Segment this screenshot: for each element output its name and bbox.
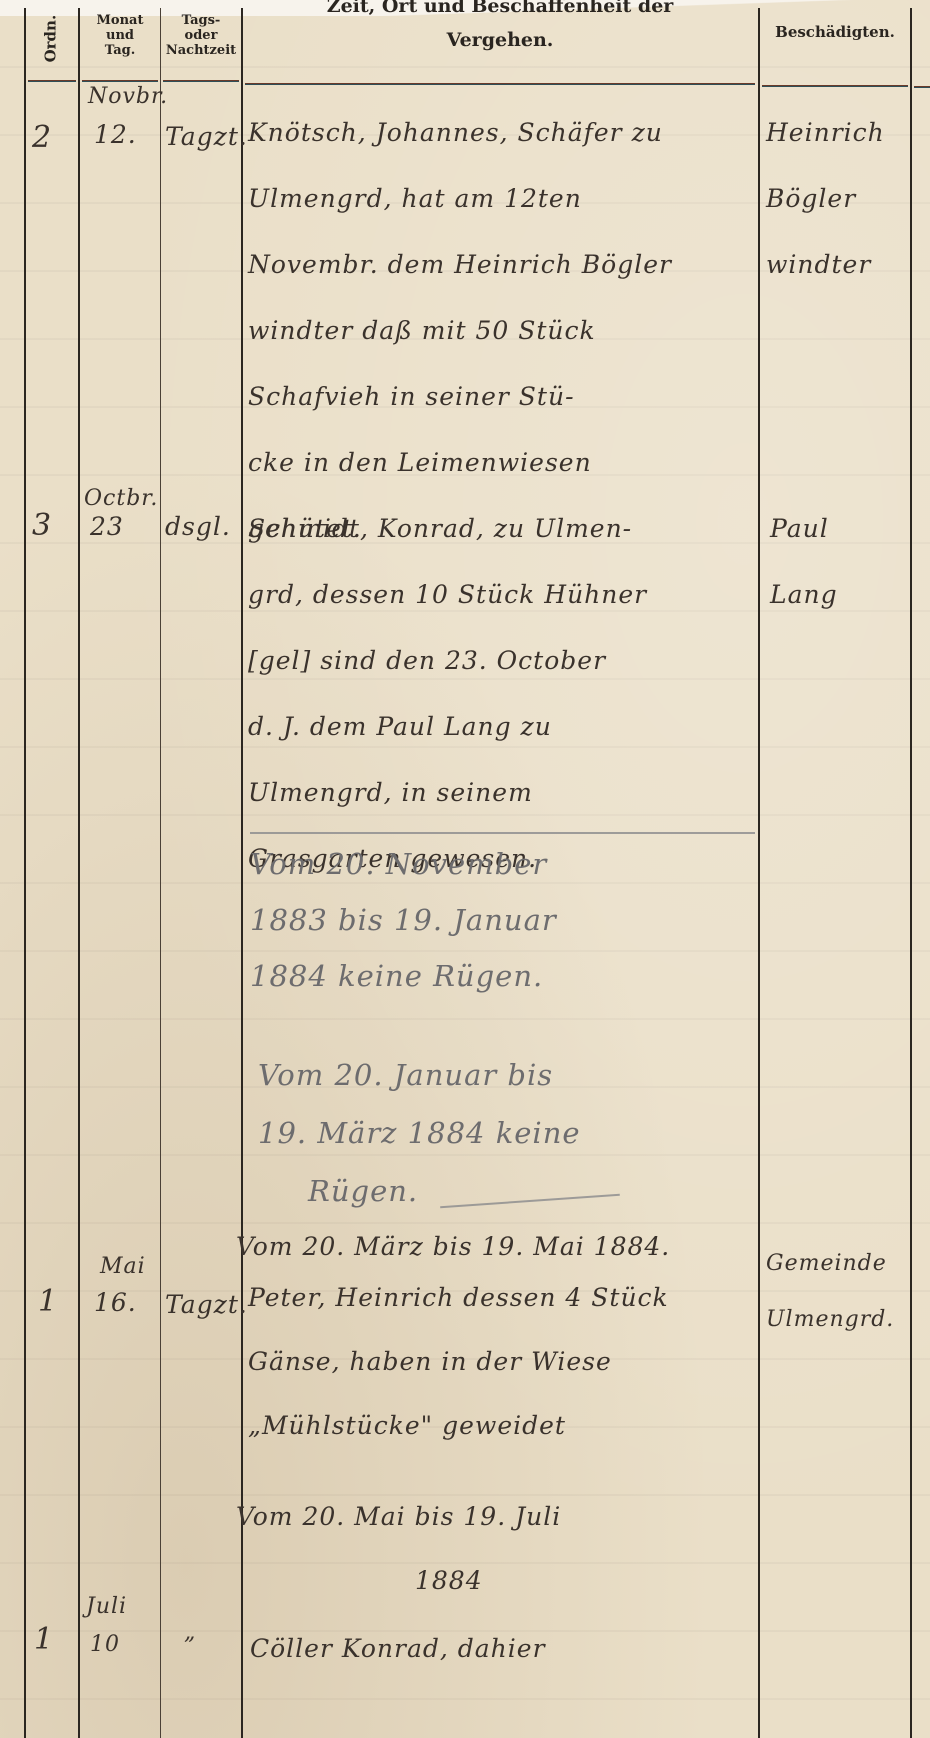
text-line: Ulmengrd, hat am 12ten [248, 166, 672, 232]
entry-time: Tagzt. [165, 122, 248, 151]
header-line: Monat [82, 14, 158, 29]
text-line: windter daß mit 50 Stück [248, 298, 672, 364]
column-line [241, 8, 243, 1738]
entry-month: Octbr. [84, 486, 158, 511]
column-line [78, 8, 80, 1738]
damaged-line: Paul [770, 496, 838, 562]
header-rule [245, 83, 755, 85]
header-line: und [82, 29, 158, 44]
entry-month: Novbr. [88, 84, 168, 109]
note-line: 1883 bis 19. Januar [250, 892, 557, 948]
text-line: Peter, Heinrich dessen 4 Stück [248, 1266, 669, 1330]
header-line: Vergehen. [245, 30, 755, 52]
entry-month: Mai [100, 1254, 146, 1279]
header-line: oder [162, 29, 240, 44]
header-vergehen: Zeit, Ort und Beschaffenheit der Vergehe… [245, 0, 755, 52]
text-line: Schmidt, Konrad, zu Ulmen- [248, 496, 647, 562]
header-tags-nacht: Tags- oder Nachtzeit [162, 14, 240, 59]
header-rule [914, 86, 930, 88]
text-line: grd, dessen 10 Stück Hühner [248, 562, 647, 628]
text-line: d. J. dem Paul Lang zu [248, 694, 647, 760]
entry-day: 23 [90, 512, 124, 541]
note-line: Vom 20. Januar bis [258, 1046, 581, 1104]
damaged-line: Heinrich [766, 100, 885, 166]
text-line: Gänse, haben in der Wiese [248, 1330, 669, 1394]
text-line: Novembr. dem Heinrich Bögler [248, 232, 672, 298]
entry-ordn: 2 [32, 120, 52, 155]
pencil-note: Vom 20. November 1883 bis 19. Januar 188… [250, 836, 557, 1004]
entry-ordn: 3 [32, 508, 52, 543]
header-line: Zeit, Ort und Beschaffenheit der [245, 0, 755, 24]
entry-time: Tagzt. [165, 1290, 248, 1319]
entry-text: Peter, Heinrich dessen 4 Stück Gänse, ha… [248, 1266, 669, 1458]
period-heading: Vom 20. März bis 19. Mai 1884. [236, 1232, 670, 1261]
text-line: Cöller Konrad, dahier [250, 1616, 546, 1682]
entry-ordn: 1 [34, 1622, 54, 1657]
entry-time: „ [184, 1620, 196, 1645]
header-rule [28, 80, 76, 82]
header-line: Nachtzeit [162, 44, 240, 59]
entry-damaged: Gemeinde Ulmengrd. [766, 1236, 894, 1348]
entry-day: 16. [94, 1288, 137, 1317]
damaged-line: Bögler [766, 166, 885, 232]
header-line: Tag. [82, 44, 158, 59]
header-rule [163, 80, 239, 82]
damaged-line: windter [766, 232, 885, 298]
header-rule [762, 85, 908, 87]
entry-ordn: 1 [38, 1284, 58, 1319]
header-rule [82, 80, 158, 82]
header-beschaedigten: Beschädigten. [762, 24, 908, 41]
header-monat-tag: Monat und Tag. [82, 14, 158, 59]
ledger-page: Ordn. Monat und Tag. Tags- oder Nachtzei… [0, 0, 930, 1738]
entry-damaged: Heinrich Bögler windter [766, 100, 885, 298]
column-line [160, 8, 161, 1738]
entry-month: Juli [86, 1594, 127, 1619]
period-heading-year: 1884 [415, 1566, 483, 1595]
damaged-line: Ulmengrd. [766, 1292, 894, 1348]
pencil-separator [250, 832, 755, 834]
header-line: Tags- [162, 14, 240, 29]
column-line [24, 8, 26, 1738]
entry-text: Cöller Konrad, dahier [250, 1616, 546, 1682]
pencil-note: Vom 20. Januar bis 19. März 1884 keine R… [258, 1046, 581, 1220]
entry-day: 12. [94, 120, 137, 149]
text-line: Ulmengrd, in seinem [248, 760, 647, 826]
entry-damaged: Paul Lang [770, 496, 838, 628]
entry-text: Knötsch, Johannes, Schäfer zu Ulmengrd, … [248, 100, 672, 562]
column-line [910, 8, 912, 1738]
text-line: „Mühlstücke" geweidet [248, 1394, 669, 1458]
header-ordn: Ordn. [42, 4, 59, 74]
entry-day: 10 [90, 1632, 120, 1657]
note-line: 19. März 1884 keine [258, 1104, 581, 1162]
text-line: cke in den Leimenwiesen [248, 430, 672, 496]
note-line: 1884 keine Rügen. [250, 948, 557, 1004]
entry-time: dsgl. [165, 512, 231, 541]
damaged-line: Lang [770, 562, 838, 628]
note-line: Rügen. [258, 1162, 581, 1220]
damaged-line: Gemeinde [766, 1236, 894, 1292]
note-line: Vom 20. November [250, 836, 557, 892]
text-line: [gel] sind den 23. October [248, 628, 647, 694]
text-line: Schafvieh in seiner Stü- [248, 364, 672, 430]
text-line: Knötsch, Johannes, Schäfer zu [248, 100, 672, 166]
column-line [758, 8, 760, 1738]
period-heading: Vom 20. Mai bis 19. Juli [236, 1502, 561, 1531]
